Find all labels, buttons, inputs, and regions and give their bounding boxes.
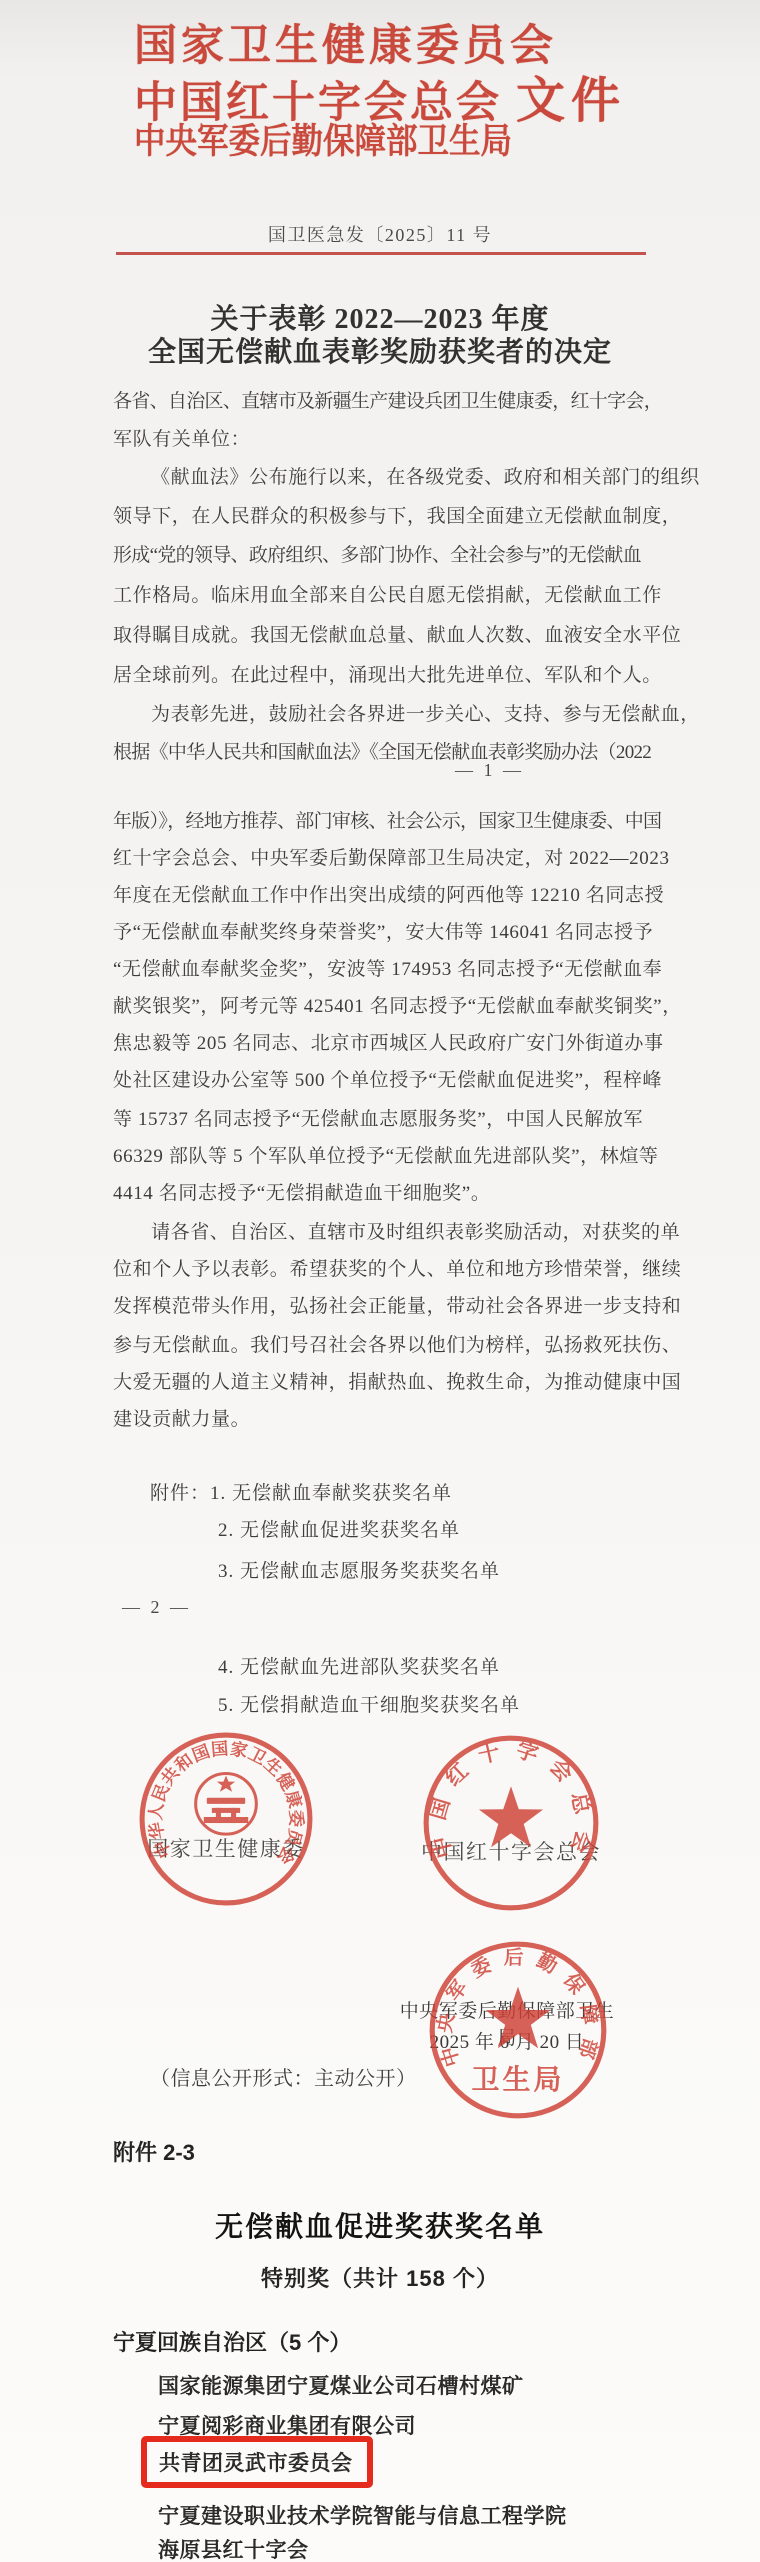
seal-military-graphic: 中央军委后勤保障部 卫生局 xyxy=(426,1938,610,2122)
body-line: 焦忠毅等 205 名同志、北京市西城区人民政府广安门外街道办事 xyxy=(113,1028,653,1055)
official-seal-nhc: 中华人民共和国国家卫生健康委员会 xyxy=(136,1729,316,1909)
body-line: 军队有关单位： xyxy=(113,424,653,451)
disclosure-note: （信息公开形式：主动公开） xyxy=(150,2062,417,2091)
body-line: 根据《中华人民共和国献血法》《全国无偿献血表彰奖励办法（2022 xyxy=(113,737,653,764)
body-line: 参与无偿献血。我们号召社会各界以他们为榜样，弘扬救死扶伤、 xyxy=(113,1330,653,1357)
red-separator-rule xyxy=(116,252,646,255)
body-line: 请各省、自治区、直辖市及时组织表彰奖励活动，对获奖的单 xyxy=(113,1217,691,1244)
body-line: 《献血法》公布施行以来，在各级党委、政府和相关部门的组织 xyxy=(113,462,691,489)
seal-nhc-graphic: 中华人民共和国国家卫生健康委员会 xyxy=(136,1729,316,1909)
letterhead-line-3: 中央军委后勤保障部卫生局 xyxy=(134,114,512,164)
attachment-line-1: 附件：1. 无偿献血奉献奖获奖名单 xyxy=(150,1478,452,1505)
seal-redcross-graphic: 中国红十字会总会 xyxy=(420,1732,602,1914)
attachment-label: 附件： xyxy=(150,1483,210,1504)
body-line: 各省、自治区、直辖市及新疆生产建设兵团卫生健康委，红十字会， xyxy=(113,386,653,413)
official-seal-military: 中央军委后勤保障部 卫生局 xyxy=(426,1938,610,2122)
body-line: 领导下，在人民群众的积极参与下，我国全面建立无偿献血制度， xyxy=(113,501,653,528)
body-line: 工作格局。临床用血全部来自公民自愿无偿捐献，无偿献血工作 xyxy=(113,580,653,607)
official-seal-redcross: 中国红十字会总会 xyxy=(420,1732,602,1914)
appendix-title: 无偿献血促进奖获奖名单 xyxy=(0,2205,760,2245)
body-line: 红十字会总会、中央军委后勤保障部卫生局决定，对 2022—2023 xyxy=(113,843,653,870)
body-line: 献奖银奖”，阿考元等 425401 名同志授予“无偿献血奉献奖铜奖”， xyxy=(113,991,653,1018)
attachment-item: 1. 无偿献血奉献奖获奖名单 xyxy=(210,1483,452,1504)
body-line: 为表彰先进，鼓励社会各界进一步关心、支持、参与无偿献血， xyxy=(113,699,691,726)
letterhead-wenjian: 文件 xyxy=(516,73,626,128)
page-number-2: — 2 — xyxy=(122,1597,191,1618)
awardee-item-highlighted: 共青团灵武市委员会 xyxy=(147,2447,353,2477)
national-emblem-icon xyxy=(196,1773,257,1834)
body-line: 年度在无偿献血工作中作出突出成绩的阿西他等 12210 名同志授 xyxy=(113,880,653,907)
document-title-line-2: 全国无偿献血表彰奖励获奖者的决定 xyxy=(0,330,760,370)
awardee-item: 宁夏建设职业技术学院智能与信息工程学院 xyxy=(158,2500,567,2530)
body-line: 66329 部队等 5 个军队单位授予“无偿献血先进部队奖”，林煊等 xyxy=(113,1141,653,1168)
award-category: 特别奖（共计 158 个） xyxy=(0,2262,760,2293)
attachment-item: 5. 无偿捐献造血干细胞奖获奖名单 xyxy=(218,1690,520,1717)
body-line: 4414 名同志授予“无偿捐献造血干细胞奖”。 xyxy=(113,1178,653,1205)
body-line: 取得瞩目成就。我国无偿献血总量、献血人次数、血液安全水平位 xyxy=(113,620,653,647)
document-number: 国卫医急发〔2025〕11 号 xyxy=(0,221,760,247)
star-icon xyxy=(486,1987,551,2049)
body-line: “无偿献血奉献奖金奖”，安波等 174953 名同志授予“无偿献血奉 xyxy=(113,954,653,981)
body-line: 建设贡献力量。 xyxy=(113,1404,653,1431)
seal-military-inner-text: 卫生局 xyxy=(471,2064,564,2096)
body-line: 位和个人予以表彰。希望获奖的个人、单位和地方珍惜荣誉，继续 xyxy=(113,1254,653,1281)
attachment-item: 3. 无偿献血志愿服务奖获奖名单 xyxy=(218,1556,500,1583)
body-line: 处社区建设办公室等 500 个单位授予“无偿献血促进奖”，程梓峰 xyxy=(113,1065,653,1092)
region-header: 宁夏回族自治区（5 个） xyxy=(113,2326,351,2357)
page-number-1: — 1 — xyxy=(455,760,524,781)
body-line: 年版）》，经地方推荐、部门审核、社会公示，国家卫生健康委、中国 xyxy=(113,806,653,833)
body-line: 等 15737 名同志授予“无偿献血志愿服务奖”，中国人民解放军 xyxy=(113,1104,653,1131)
body-line: 发挥模范带头作用，弘扬社会正能量，带动社会各界进一步支持和 xyxy=(113,1291,653,1318)
attachment-item: 4. 无偿献血先进部队奖获奖名单 xyxy=(218,1652,500,1679)
attachment-item: 2. 无偿献血促进奖获奖名单 xyxy=(218,1515,460,1542)
document-scan: 国家卫生健康委员会 中国红十字会总会文件 中央军委后勤保障部卫生局 国卫医急发〔… xyxy=(0,0,760,2562)
body-line: 予“无偿献血奉献奖终身荣誉奖”，安大伟等 146041 名同志授予 xyxy=(113,917,653,944)
appendix-label: 附件 2-3 xyxy=(113,2136,195,2167)
awardee-item: 国家能源集团宁夏煤业公司石槽村煤矿 xyxy=(158,2370,524,2400)
star-icon xyxy=(479,1786,543,1847)
body-line: 大爱无疆的人道主义精神，捐献热血、挽救生命，为推动健康中国 xyxy=(113,1367,653,1394)
highlight-box: 共青团灵武市委员会 xyxy=(141,2436,373,2488)
awardee-item: 海原县红十字会 xyxy=(158,2534,309,2562)
body-line: 居全球前列。在此过程中，涌现出大批先进单位、军队和个人。 xyxy=(113,660,653,687)
body-line: 形成“党的领导、政府组织、多部门协作、全社会参与”的无偿献血 xyxy=(113,540,653,567)
